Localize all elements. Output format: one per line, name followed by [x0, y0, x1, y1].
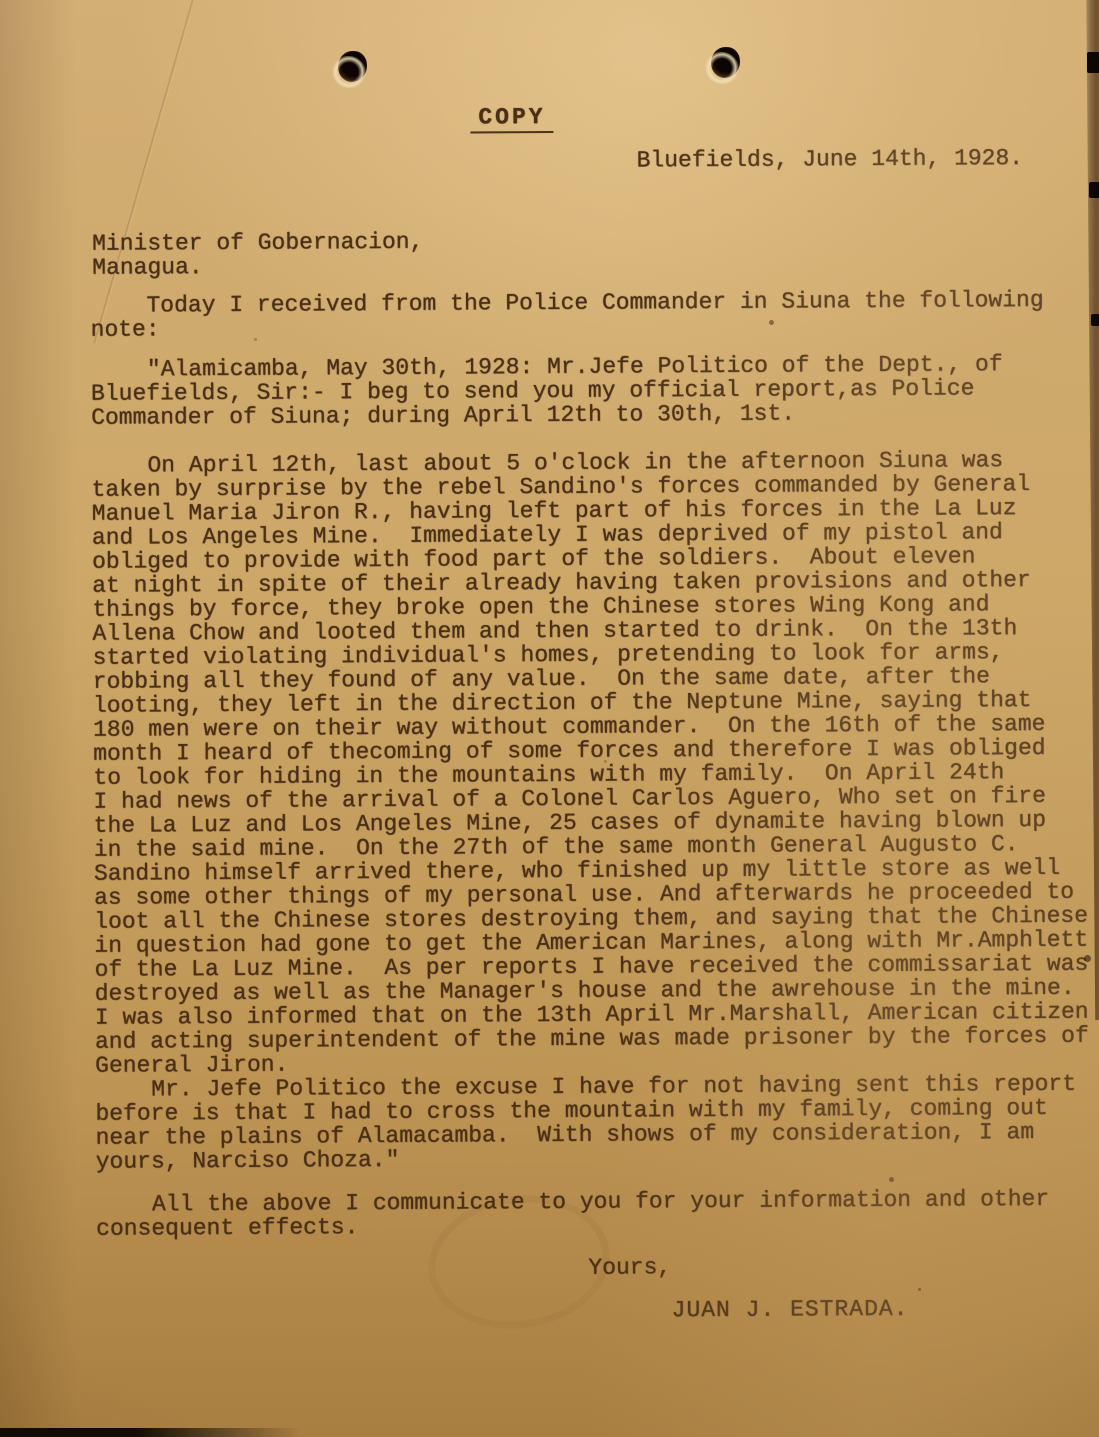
edge-mark — [1087, 52, 1099, 73]
letter-line: consequent effects. — [96, 1211, 1049, 1241]
letter-line: Managua. — [92, 254, 423, 280]
punch-hole-left — [331, 46, 373, 90]
letter-line: yours, Narciso Choza." — [96, 1144, 1077, 1174]
paper-bottom-edge — [0, 1428, 300, 1437]
letter-paragraph: Today I received from the Police Command… — [90, 288, 1043, 342]
letter-paragraph: "Alamicamba, May 30th, 1928: Mr.Jefe Pol… — [91, 352, 1003, 430]
recipient-block: Minister of Gobernacion,Managua. — [92, 230, 424, 280]
letter-line: All the above I communicate to you for y… — [96, 1187, 1049, 1217]
edge-mark — [1089, 182, 1099, 198]
closing: Yours, — [588, 1255, 671, 1280]
letter-line: Today I received from the Police Command… — [90, 288, 1043, 318]
dateline: Bluefields, June 14th, 1928. — [637, 146, 1024, 172]
edge-mark — [1091, 314, 1099, 326]
letter-line: Commander of Siuna; during April 12th to… — [91, 400, 1003, 430]
copy-label: COPY — [470, 105, 553, 134]
letter-line: Minister of Gobernacion, — [92, 230, 423, 256]
letter-paragraph: Mr. Jefe Politico the excuse I have for … — [95, 1072, 1076, 1174]
letter-line: and acting superintendent of the mine wa… — [95, 1024, 1089, 1054]
letter-paragraph: On April 12th, last about 5 o'clock in t… — [91, 448, 1089, 1078]
letter-line: near the plains of Alamacamba. With show… — [95, 1120, 1076, 1150]
paper-specks — [0, 0, 3, 3]
letter-body: COPY Bluefields, June 14th, 1928. Minist… — [0, 0, 1099, 1437]
signature: JUAN J. ESTRADA. — [672, 1297, 909, 1322]
punch-hole-right — [704, 42, 746, 86]
letter-paragraph: All the above I communicate to you for y… — [96, 1187, 1049, 1241]
